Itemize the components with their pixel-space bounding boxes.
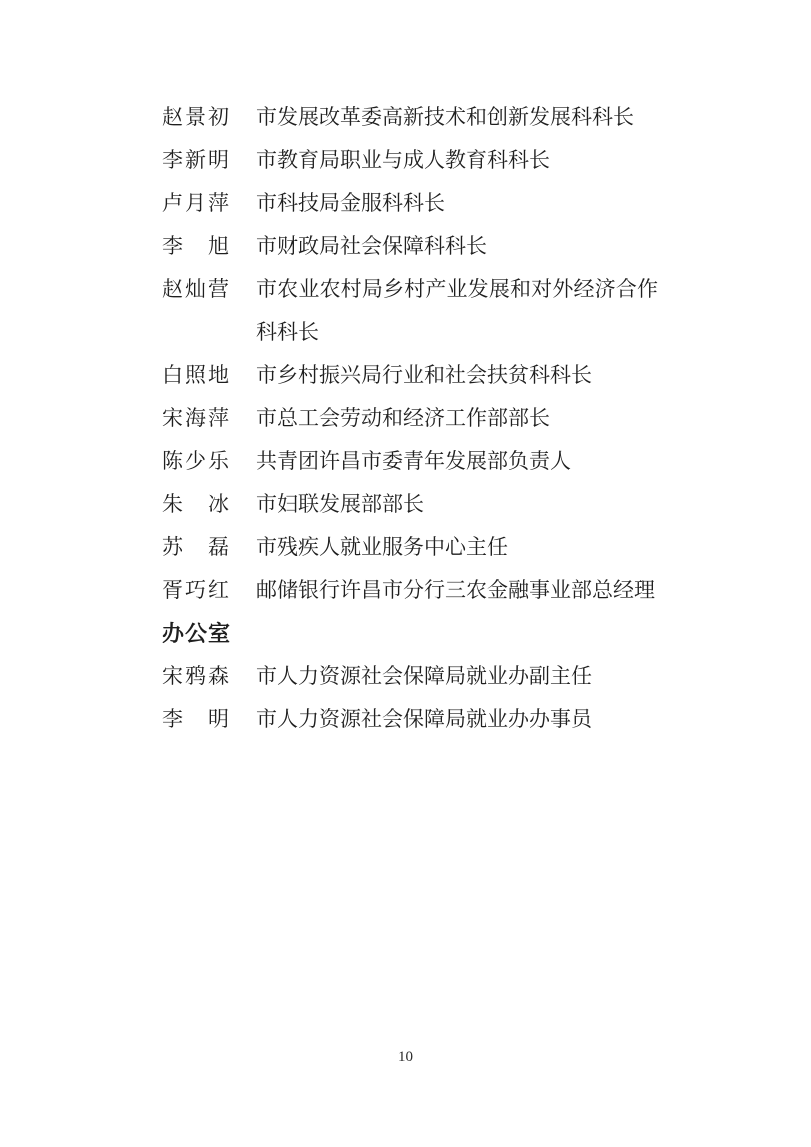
- person-name: 李 明: [162, 698, 234, 741]
- page-number: 10: [0, 1046, 811, 1068]
- person-name: 赵灿营: [162, 268, 234, 311]
- roster-row: 李 明 市人力资源社会保障局就业办办事员: [162, 698, 658, 741]
- roster-row: 赵景初 市发展改革委高新技术和创新发展科科长: [162, 96, 658, 139]
- person-title: 市财政局社会保障科科长: [256, 225, 658, 268]
- person-title: 市教育局职业与成人教育科科长: [256, 139, 658, 182]
- person-title: 市人力资源社会保障局就业办办事员: [256, 698, 658, 741]
- person-title: 市乡村振兴局行业和社会扶贫科科长: [256, 354, 658, 397]
- person-title: 市总工会劳动和经济工作部部长: [256, 397, 658, 440]
- person-name: 赵景初: [162, 96, 234, 139]
- roster-row: 胥巧红 邮储银行许昌市分行三农金融事业部总经理: [162, 569, 658, 612]
- person-title: 市人力资源社会保障局就业办副主任: [256, 655, 658, 698]
- roster-row: 苏 磊 市残疾人就业服务中心主任: [162, 526, 658, 569]
- roster-row: 李 旭 市财政局社会保障科科长: [162, 225, 658, 268]
- person-name: 苏 磊: [162, 526, 234, 569]
- person-name: 宋海萍: [162, 397, 234, 440]
- roster-row: 朱 冰 市妇联发展部部长: [162, 483, 658, 526]
- person-name: 朱 冰: [162, 483, 234, 526]
- roster-row: 卢月萍 市科技局金服科科长: [162, 182, 658, 225]
- person-title: 市科技局金服科科长: [256, 182, 658, 225]
- roster-row: 白照地 市乡村振兴局行业和社会扶贫科科长: [162, 354, 658, 397]
- roster-row: 陈少乐 共青团许昌市委青年发展部负责人: [162, 440, 658, 483]
- roster-list: 赵景初 市发展改革委高新技术和创新发展科科长 李新明 市教育局职业与成人教育科科…: [162, 96, 658, 741]
- person-name: 胥巧红: [162, 569, 234, 612]
- person-name: 宋鸦森: [162, 655, 234, 698]
- person-name: 李新明: [162, 139, 234, 182]
- section-heading-office: 办公室: [162, 612, 658, 655]
- person-title: 市农业农村局乡村产业发展和对外经济合作科科长: [256, 268, 658, 354]
- person-title: 共青团许昌市委青年发展部负责人: [256, 440, 658, 483]
- person-title: 市妇联发展部部长: [256, 483, 658, 526]
- person-title: 市发展改革委高新技术和创新发展科科长: [256, 96, 658, 139]
- roster-row: 赵灿营 市农业农村局乡村产业发展和对外经济合作科科长: [162, 268, 658, 354]
- person-name: 陈少乐: [162, 440, 234, 483]
- person-name: 卢月萍: [162, 182, 234, 225]
- person-title: 市残疾人就业服务中心主任: [256, 526, 658, 569]
- roster-row: 宋鸦森 市人力资源社会保障局就业办副主任: [162, 655, 658, 698]
- roster-row: 宋海萍 市总工会劳动和经济工作部部长: [162, 397, 658, 440]
- person-name: 白照地: [162, 354, 234, 397]
- person-name: 李 旭: [162, 225, 234, 268]
- document-page: 赵景初 市发展改革委高新技术和创新发展科科长 李新明 市教育局职业与成人教育科科…: [0, 0, 811, 1147]
- person-title: 邮储银行许昌市分行三农金融事业部总经理: [256, 569, 658, 612]
- roster-row: 李新明 市教育局职业与成人教育科科长: [162, 139, 658, 182]
